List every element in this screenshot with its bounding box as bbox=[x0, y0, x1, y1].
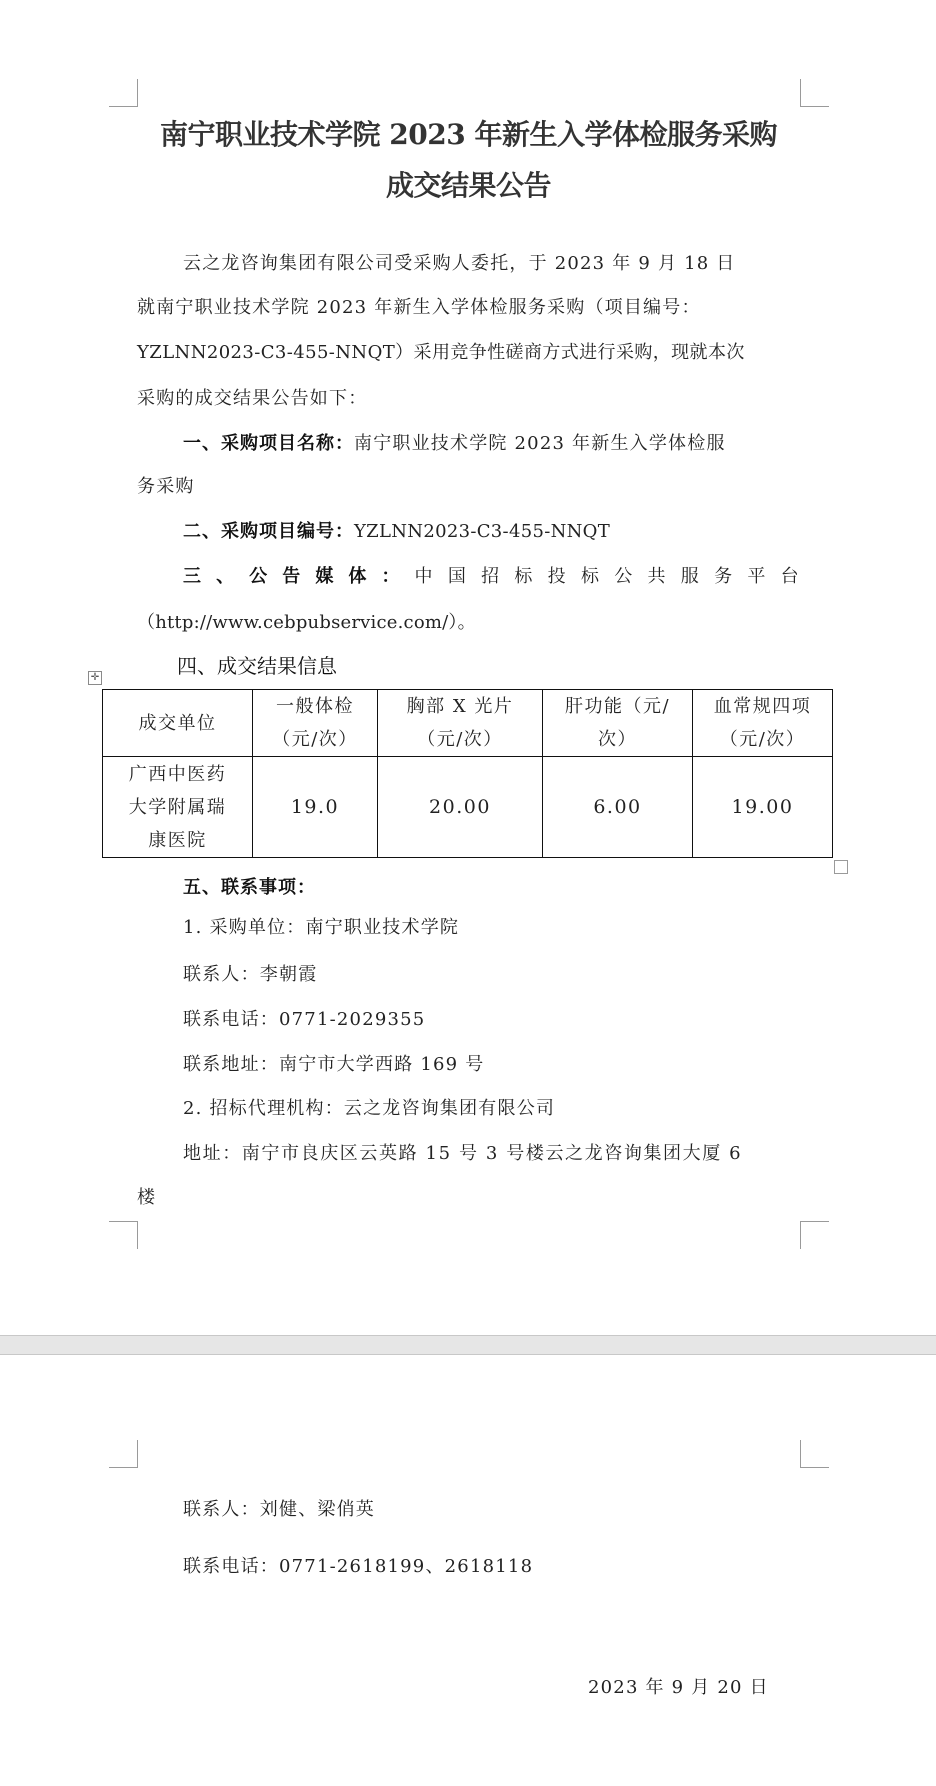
contact-line: 2. 招标代理机构：云之龙咨询集团有限公司 bbox=[183, 1094, 800, 1124]
section3-value-char: 台 bbox=[781, 562, 800, 592]
margin-corner-top-left-page2 bbox=[109, 1440, 138, 1468]
intro-line-3: YZLNN2023-C3-455-NNQT）采用竞争性磋商方式进行采购，现就本次 bbox=[137, 338, 800, 368]
cell-liver-function: 6.00 bbox=[543, 757, 693, 858]
document-title-line2: 成交结果公告 bbox=[137, 164, 800, 204]
intro-line-4: 采购的成交结果公告如下： bbox=[137, 384, 800, 414]
section1-value-continued: 务采购 bbox=[137, 472, 800, 502]
intro-line-1: 云之龙咨询集团有限公司受采购人委托，于 2023 年 9 月 18 日 bbox=[183, 249, 800, 279]
cell-chest-xray: 20.00 bbox=[378, 757, 543, 858]
section3-value-char: 服 bbox=[681, 562, 700, 592]
section3-heading-char: 公 bbox=[249, 562, 268, 592]
section1-heading: 一、采购项目名称： bbox=[183, 433, 354, 454]
section3-value-char: 平 bbox=[747, 562, 766, 592]
section3-url-line: （http://www.cebpubservice.com/）。 bbox=[137, 608, 800, 638]
cell-general-exam: 19.0 bbox=[253, 757, 378, 858]
margin-corner-bottom-right bbox=[800, 1221, 829, 1249]
contact-line: 联系电话：0771-2029355 bbox=[183, 1005, 800, 1035]
contact-line: 楼 bbox=[137, 1183, 800, 1213]
contact-line: 地址：南宁市良庆区云英路 15 号 3 号楼云之龙咨询集团大厦 6 bbox=[183, 1139, 800, 1169]
agency-contact-phone: 联系电话：0771-2618199、2618118 bbox=[183, 1552, 800, 1582]
margin-corner-bottom-left bbox=[109, 1221, 138, 1249]
page-break-separator bbox=[0, 1335, 936, 1355]
header-cell-general-exam: 一般体检（元/次） bbox=[253, 690, 378, 757]
header-cell-chest-xray: 胸部 X 光片（元/次） bbox=[378, 690, 543, 757]
agency-contact-person: 联系人：刘健、梁俏英 bbox=[183, 1495, 800, 1525]
header-cell-blood-routine: 血常规四项（元/次） bbox=[693, 690, 833, 757]
section3-value-char: 投 bbox=[548, 562, 567, 592]
document-title-line1: 南宁职业技术学院 2023 年新生入学体检服务采购 bbox=[137, 113, 800, 153]
table-row: 广西中医药大学附属瑞康医院 19.0 20.00 6.00 19.00 bbox=[103, 757, 833, 858]
section3-heading-char: 告 bbox=[282, 562, 301, 592]
margin-corner-top-left bbox=[109, 79, 138, 107]
resize-square-icon[interactable] bbox=[834, 860, 848, 874]
section3-value-char: 标 bbox=[581, 562, 600, 592]
section3-value-char: 共 bbox=[648, 562, 667, 592]
section1-line: 一、采购项目名称：南宁职业技术学院 2023 年新生入学体检服 bbox=[183, 429, 800, 459]
header-cell-liver-function: 肝功能（元/次） bbox=[543, 690, 693, 757]
section3-value-char: 标 bbox=[514, 562, 533, 592]
section3-value-char: 公 bbox=[614, 562, 633, 592]
section5-heading: 五、联系事项： bbox=[183, 873, 800, 903]
section3-heading-char: 体 bbox=[348, 562, 367, 592]
contact-line: 联系人：李朝霞 bbox=[183, 960, 800, 990]
section2-heading: 二、采购项目编号： bbox=[183, 521, 354, 542]
section3-value-char: 务 bbox=[714, 562, 733, 592]
section4-heading: 四、成交结果信息 bbox=[177, 650, 337, 682]
cell-blood-routine: 19.00 bbox=[693, 757, 833, 858]
cell-unit: 广西中医药大学附属瑞康医院 bbox=[103, 757, 253, 858]
result-table: 成交单位 一般体检（元/次） 胸部 X 光片（元/次） 肝功能（元/次） 血常规… bbox=[102, 689, 833, 858]
contact-line: 1. 采购单位：南宁职业技术学院 bbox=[183, 913, 800, 943]
section3-heading-char: 媒 bbox=[315, 562, 334, 592]
contact-line: 联系地址：南宁市大学西路 169 号 bbox=[183, 1050, 800, 1080]
section3-line: 三 、 公 告 媒 体 ： 中 国 招 标 投 标 公 共 服 务 平 台 bbox=[183, 562, 800, 592]
section3-heading-char: 三 bbox=[183, 562, 202, 592]
section3-value-char: 中 bbox=[415, 562, 434, 592]
section3-heading-char: 、 bbox=[216, 562, 235, 592]
section3-value-char: 招 bbox=[481, 562, 500, 592]
table-header-row: 成交单位 一般体检（元/次） 胸部 X 光片（元/次） 肝功能（元/次） 血常规… bbox=[103, 690, 833, 757]
section1-value: 南宁职业技术学院 2023 年新生入学体检服 bbox=[354, 433, 726, 454]
margin-corner-top-right bbox=[800, 79, 829, 107]
section3-heading-char: ： bbox=[381, 562, 400, 592]
section3-value-char: 国 bbox=[448, 562, 467, 592]
section2-value: YZLNN2023-C3-455-NNQT bbox=[354, 521, 610, 542]
margin-corner-top-right-page2 bbox=[800, 1440, 829, 1468]
document-date: 2023 年 9 月 20 日 bbox=[588, 1673, 788, 1703]
header-cell-unit: 成交单位 bbox=[103, 690, 253, 757]
section2-line: 二、采购项目编号：YZLNN2023-C3-455-NNQT bbox=[183, 517, 800, 547]
four-way-arrow-icon[interactable]: ✛ bbox=[88, 671, 102, 685]
intro-line-2: 就南宁职业技术学院 2023 年新生入学体检服务采购（项目编号： bbox=[137, 293, 800, 323]
